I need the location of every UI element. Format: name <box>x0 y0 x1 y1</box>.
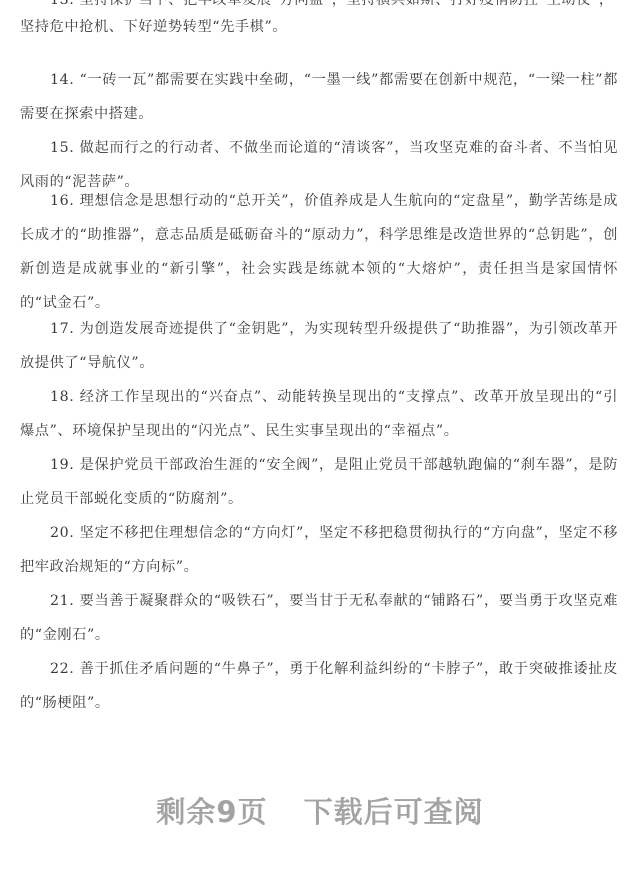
paragraph-18: 18. 经济工作呈现出的“兴奋点”、动能转换呈现出的“支撑点”、改革开放呈现出的… <box>20 380 618 448</box>
remaining-pages-label: 剩余9页 <box>156 795 267 829</box>
paragraph-text: 14. “一砖一瓦”都需要在实践中垒砌，“一墨一线”都需要在创新中规范，“一梁一… <box>20 72 618 122</box>
paragraph-19: 19. 是保护党员干部政治生涯的“安全阀”，是阻止党员干部越轨跑偏的“刹车器”，… <box>20 448 618 516</box>
paragraph-20: 20. 坚定不移把住理想信念的“方向灯”，坚定不移把稳贯彻执行的“方向盘”，坚定… <box>20 516 618 584</box>
download-prompt[interactable]: 剩余9页下载后可查阅 <box>0 790 640 831</box>
paragraph-text: 坚持危中抢机、下好逆势转型“先手棋”。 <box>20 19 287 35</box>
paragraph-text: 20. 坚定不移把住理想信念的“方向灯”，坚定不移把稳贯彻执行的“方向盘”，坚定… <box>20 525 618 575</box>
download-to-view-label: 下载后可查阅 <box>304 795 484 829</box>
paragraph-17: 17. 为创造发展奇迹提供了“金钥匙”，为实现转型升级提供了“助推器”，为引领改… <box>20 312 618 380</box>
paragraph-13-continuation: 坚持危中抢机、下好逆势转型“先手棋”。 <box>20 10 618 44</box>
paragraph-text: 17. 为创造发展奇迹提供了“金钥匙”，为实现转型升级提供了“助推器”，为引领改… <box>20 321 618 371</box>
paragraph-22: 22. 善于抓住矛盾问题的“牛鼻子”，勇于化解利益纠纷的“卡脖子”，敢于突破推诿… <box>20 652 618 720</box>
paragraph-text: 18. 经济工作呈现出的“兴奋点”、动能转换呈现出的“支撑点”、改革开放呈现出的… <box>20 389 618 439</box>
paragraph-16: 16. 理想信念是思想行动的“总开关”，价值养成是人生航向的“定盘星”，勤学苦练… <box>20 184 618 320</box>
paragraph-21: 21. 要当善于凝聚群众的“吸铁石”，要当甘于无私奉献的“铺路石”，要当勇于攻坚… <box>20 584 618 652</box>
paragraph-text: 19. 是保护党员干部政治生涯的“安全阀”，是阻止党员干部越轨跑偏的“刹车器”，… <box>20 457 618 507</box>
paragraph-text: 16. 理想信念是思想行动的“总开关”，价值养成是人生航向的“定盘星”，勤学苦练… <box>20 193 618 311</box>
paragraph-text: 13. 坚持保护当下、把牢改革发展“方向盘”，坚持横共如斯、打好疫情防控“主动仗… <box>50 0 614 8</box>
paragraph-text: 21. 要当善于凝聚群众的“吸铁石”，要当甘于无私奉献的“铺路石”，要当勇于攻坚… <box>20 593 618 643</box>
paragraph-text: 15. 做起而行之的行动者、不做坐而论道的“清谈客”，当攻坚克难的奋斗者、不当怕… <box>20 140 618 190</box>
document-page: 13. 坚持保护当下、把牢改革发展“方向盘”，坚持横共如斯、打好疫情防控“主动仗… <box>0 0 640 876</box>
paragraph-14: 14. “一砖一瓦”都需要在实践中垒砌，“一墨一线”都需要在创新中规范，“一梁一… <box>20 63 618 131</box>
paragraph-text: 22. 善于抓住矛盾问题的“牛鼻子”，勇于化解利益纠纷的“卡脖子”，敢于突破推诿… <box>20 661 618 711</box>
